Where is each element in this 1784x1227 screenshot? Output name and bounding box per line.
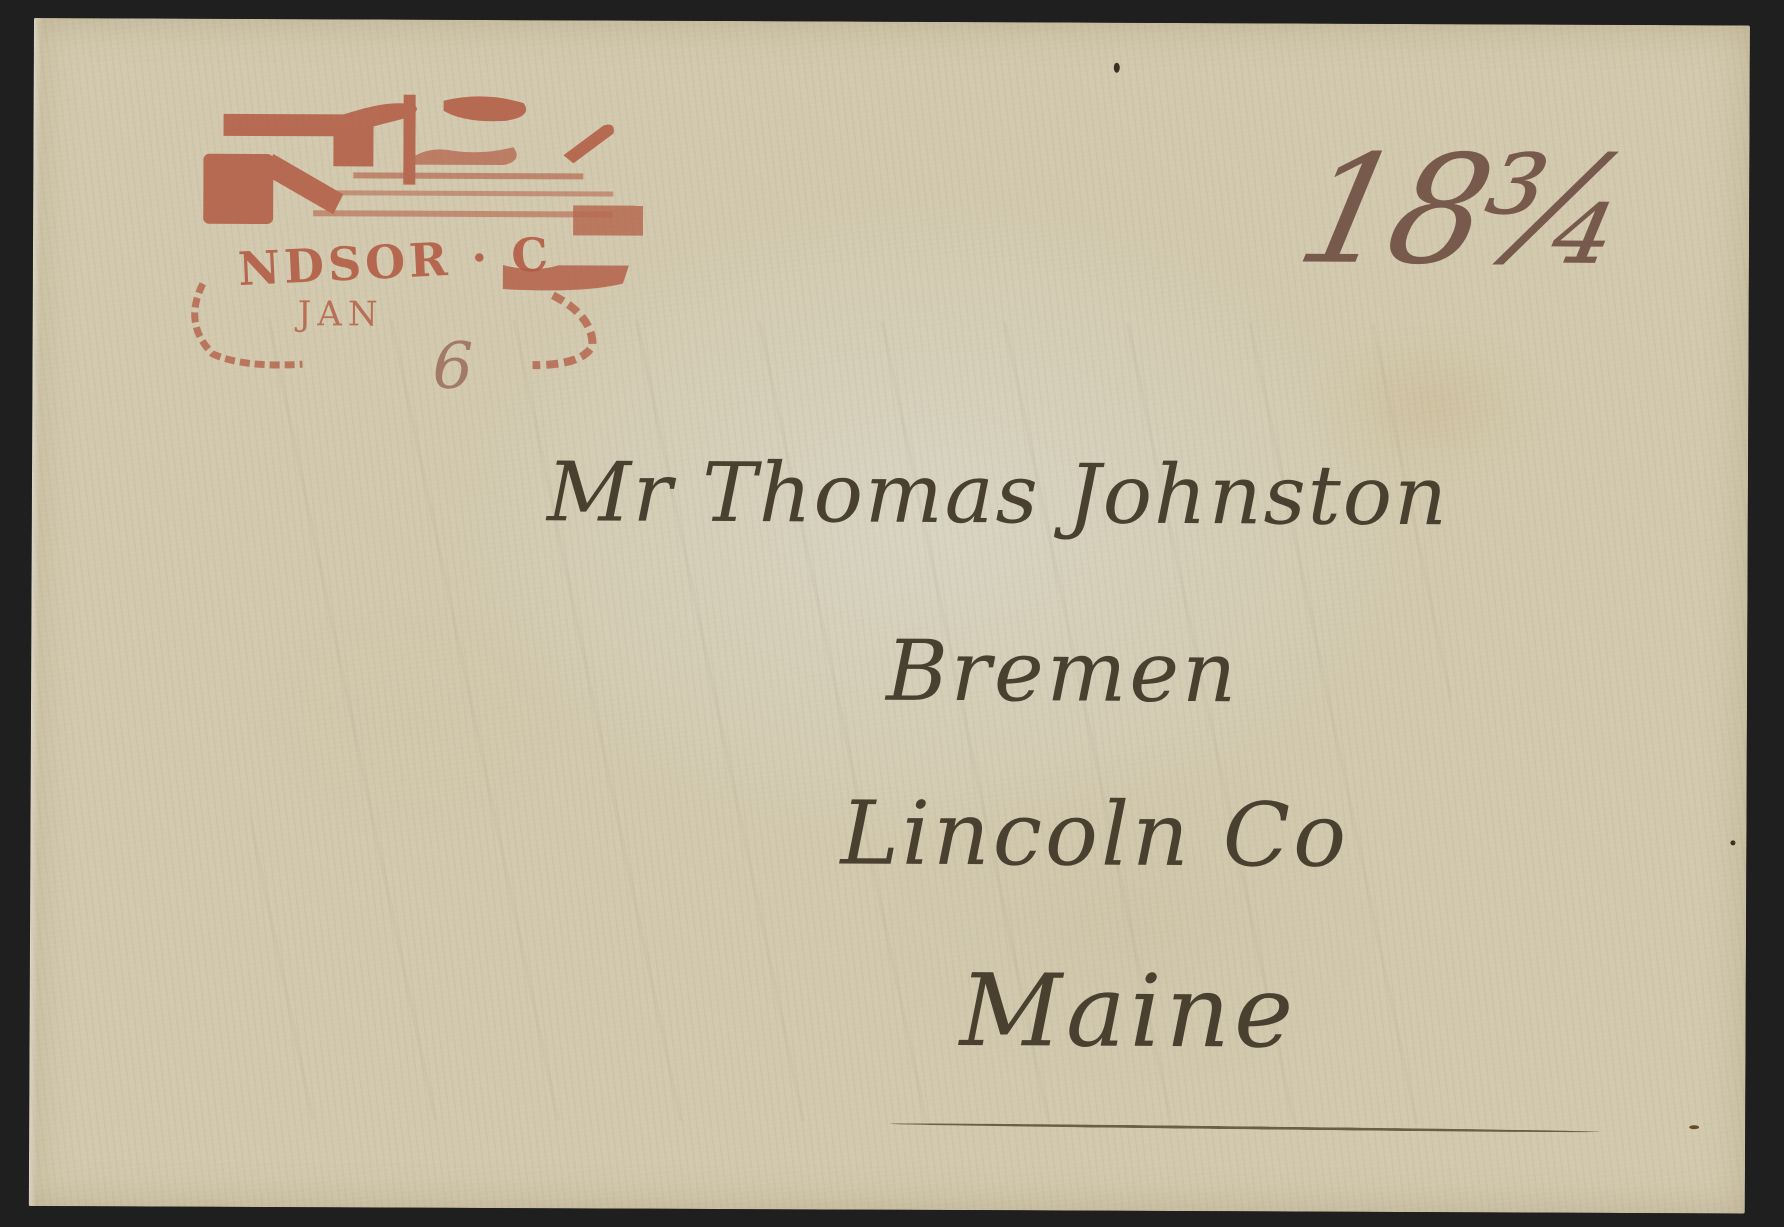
ship-icon	[203, 94, 644, 246]
address-line-state: Maine	[959, 952, 1297, 1070]
ink-spot	[1114, 63, 1120, 73]
letter-cover: NDSOR · C JAN 6 18¾ Mr Thomas Johnston B…	[29, 18, 1750, 1213]
address-line-county: Lincoln Co	[840, 782, 1349, 887]
due-marking: 6	[432, 330, 473, 404]
address-line-town: Bremen	[886, 622, 1239, 722]
fold-edge	[29, 18, 42, 1206]
postmark-circle-arc	[172, 264, 652, 376]
red-postmark: NDSOR · C JAN	[162, 64, 683, 396]
address-underline	[889, 1122, 1599, 1133]
ink-spot	[1689, 1125, 1699, 1129]
address-line-name: Mr Thomas Johnston	[547, 445, 1449, 544]
ink-spot	[1730, 840, 1735, 845]
rate-marking: 18¾	[1284, 124, 1640, 299]
